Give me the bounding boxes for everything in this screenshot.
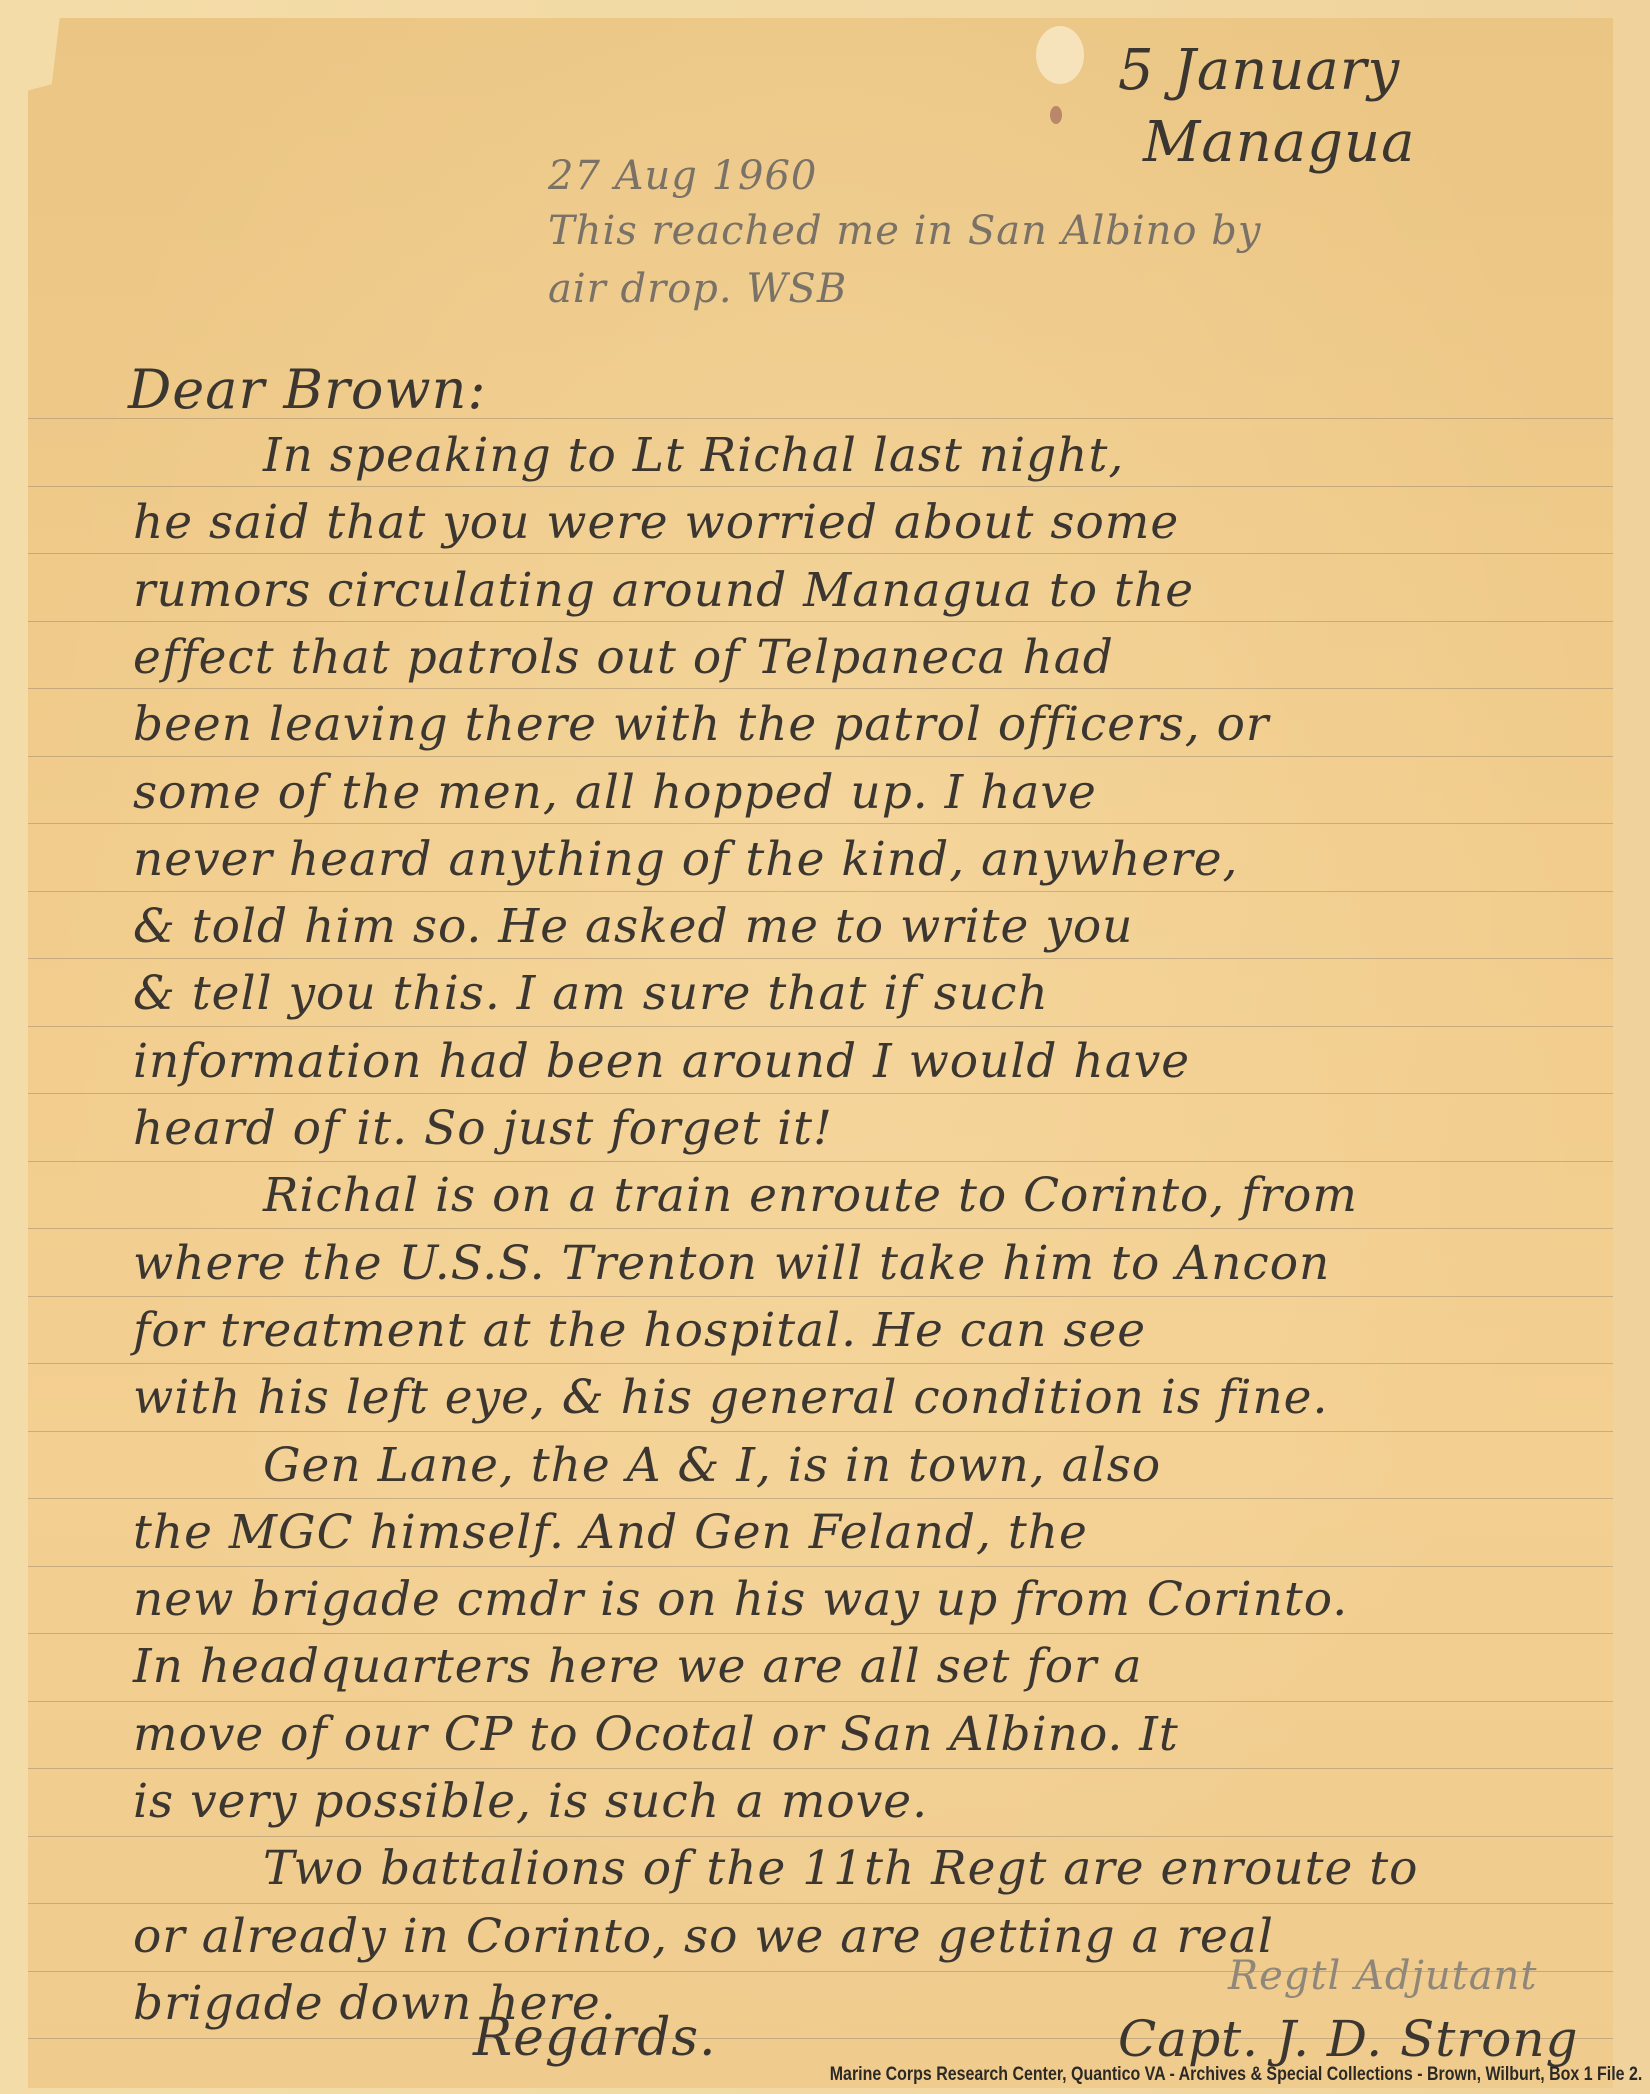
letter-line: Two battalions of the 11th Regt are enro…	[263, 1841, 1418, 1896]
letter-line: & tell you this. I am sure that if such	[133, 966, 1049, 1021]
signature-title: Regtl Adjutant	[1228, 1953, 1537, 1999]
letter-line: In headquarters here we are all set for …	[133, 1639, 1142, 1694]
ruled-line	[28, 1228, 1613, 1229]
ruled-line	[28, 1836, 1613, 1837]
letter-paper: 5 January Managua 27 Aug 1960 This reach…	[28, 18, 1613, 2088]
letter-line: never heard anything of the kind, anywhe…	[133, 832, 1238, 887]
ruled-line	[28, 1296, 1613, 1297]
ruled-line	[28, 891, 1613, 892]
salutation: Dear Brown:	[128, 358, 487, 421]
letter-line: In speaking to Lt Richal last night,	[263, 428, 1124, 483]
annotation-date: 27 Aug 1960	[548, 153, 817, 199]
letter-line: been leaving there with the patrol offic…	[133, 697, 1269, 752]
ruled-line	[28, 553, 1613, 554]
ruled-line	[28, 756, 1613, 757]
letter-line: where the U.S.S. Trenton will take him t…	[133, 1236, 1330, 1291]
ruled-line	[28, 1363, 1613, 1364]
ruled-line	[28, 1903, 1613, 1904]
letter-line: or already in Corinto, so we are getting…	[133, 1909, 1274, 1964]
letter-place: Managua	[1143, 110, 1415, 175]
letter-line: heard of it. So just forget it!	[133, 1101, 833, 1156]
ruled-line	[28, 1093, 1613, 1094]
letter-line: with his left eye, & his general conditi…	[133, 1370, 1328, 1425]
letter-line: move of our CP to Ocotal or San Albino. …	[133, 1707, 1179, 1762]
letter-line: Richal is on a train enroute to Corinto,…	[263, 1168, 1358, 1223]
punch-hole	[1036, 26, 1084, 84]
archive-caption: Marine Corps Research Center, Quantico V…	[829, 2064, 1642, 2086]
ruled-line	[28, 823, 1613, 824]
letter-line: he said that you were worried about some	[133, 495, 1179, 550]
ruled-line	[28, 1498, 1613, 1499]
paper-stain	[1050, 106, 1062, 124]
ruled-line	[28, 621, 1613, 622]
closing: Regards.	[473, 2008, 717, 2068]
ruled-line	[28, 1633, 1613, 1634]
annotation-line: This reached me in San Albino by	[548, 208, 1261, 254]
ruled-line	[28, 688, 1613, 689]
ruled-line	[28, 1566, 1613, 1567]
ruled-line	[28, 1161, 1613, 1162]
annotation-line: air drop. WSB	[548, 266, 847, 312]
letter-line: information had been around I would have	[133, 1034, 1190, 1089]
letter-date: 5 January	[1118, 38, 1400, 103]
letter-line: the MGC himself. And Gen Feland, the	[133, 1505, 1088, 1560]
ruled-line	[28, 1026, 1613, 1027]
letter-line: new brigade cmdr is on his way up from C…	[133, 1572, 1348, 1627]
letter-line: some of the men, all hopped up. I have	[133, 765, 1097, 820]
letter-line: rumors circulating around Managua to the	[133, 563, 1194, 618]
signature: Capt. J. D. Strong	[1118, 2010, 1579, 2068]
letter-line: Gen Lane, the A & I, is in town, also	[263, 1438, 1161, 1493]
ruled-line	[28, 1431, 1613, 1432]
letter-line: is very possible, is such a move.	[133, 1774, 928, 1829]
letter-line: for treatment at the hospital. He can se…	[133, 1303, 1146, 1358]
ruled-line	[28, 1768, 1613, 1769]
ruled-line	[28, 1701, 1613, 1702]
ruled-line	[28, 486, 1613, 487]
letter-line: & told him so. He asked me to write you	[133, 899, 1133, 954]
ruled-line	[28, 958, 1613, 959]
letter-line: effect that patrols out of Telpaneca had	[133, 630, 1114, 685]
